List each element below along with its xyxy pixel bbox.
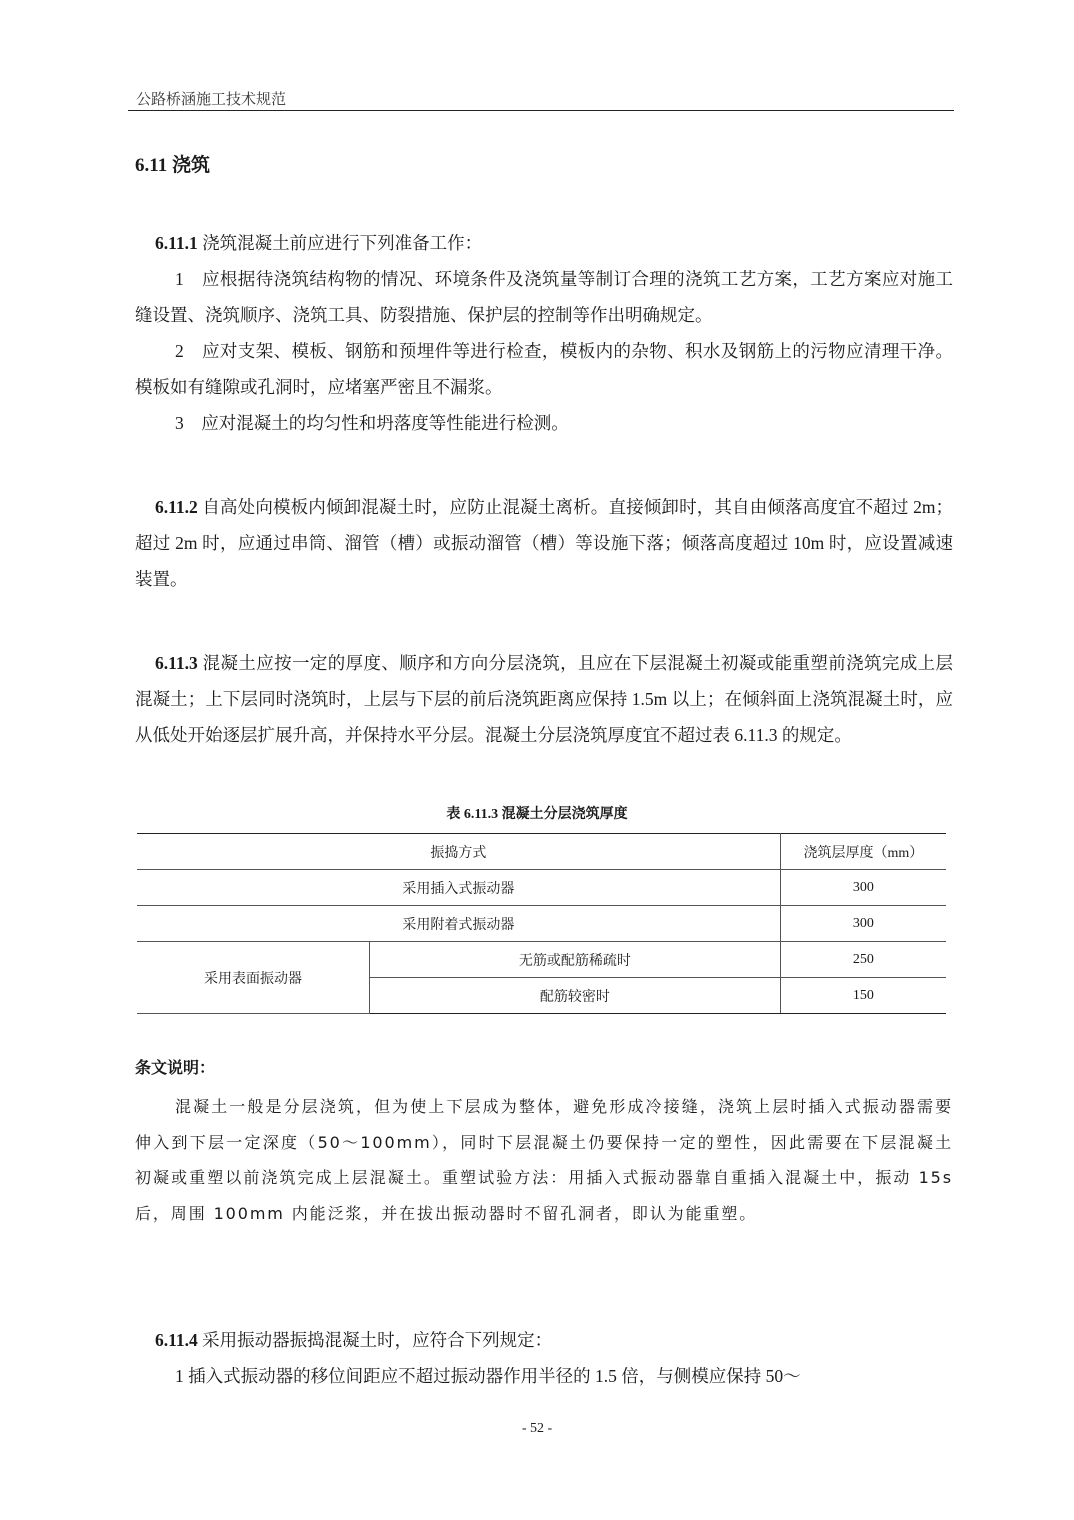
clause-6-11-1: 6.11.1 浇筑混凝土前应进行下列准备工作： 1 应根据待浇筑结构物的情况、环… xyxy=(135,225,953,441)
clause-item: 3 应对混凝土的均匀性和坍落度等性能进行检测。 xyxy=(135,405,953,441)
clause-number: 6.11.3 xyxy=(155,653,198,673)
table-cell-condition: 配筋较密时 xyxy=(370,978,781,1014)
running-header: 公路桥涵施工技术规范 xyxy=(136,88,286,109)
clause-number: 6.11.4 xyxy=(155,1330,198,1350)
commentary-title: 条文说明： xyxy=(135,1055,215,1078)
table-cell-thickness: 300 xyxy=(780,906,946,942)
table-cell-method: 采用插入式振动器 xyxy=(137,870,780,906)
clause-number: 6.11.1 xyxy=(155,233,198,253)
clause-6-11-2: 6.11.2 自高处向模板内倾卸混凝土时，应防止混凝土离析。直接倾卸时，其自由倾… xyxy=(135,489,953,597)
clause-lead: 浇筑混凝土前应进行下列准备工作： xyxy=(202,233,482,253)
clause-lead: 采用振动器振捣混凝土时，应符合下列规定： xyxy=(202,1330,552,1350)
table-cell-thickness: 300 xyxy=(780,870,946,906)
clause-text: 混凝土应按一定的厚度、顺序和方向分层浇筑，且应在下层混凝土初凝或能重塑前浇筑完成… xyxy=(135,653,953,745)
table-cell-thickness: 250 xyxy=(780,942,946,978)
page-number: - 52 - xyxy=(0,1421,1074,1437)
table-row: 采用附着式振动器 300 xyxy=(137,906,946,942)
clause-text: 自高处向模板内倾卸混凝土时，应防止混凝土离析。直接倾卸时，其自由倾落高度宜不超过… xyxy=(135,497,953,589)
table-header-thickness: 浇筑层厚度（mm） xyxy=(780,834,946,870)
clause-number: 6.11.2 xyxy=(155,497,198,517)
table-cell-method: 采用表面振动器 xyxy=(137,942,370,1014)
table-cell-thickness: 150 xyxy=(780,978,946,1014)
clause-item: 1 插入式振动器的移位间距应不超过振动器作用半径的 1.5 倍，与侧模应保持 5… xyxy=(135,1358,953,1394)
table-cell-method: 采用附着式振动器 xyxy=(137,906,780,942)
clause-item: 1 应根据待浇筑结构物的情况、环境条件及浇筑量等制订合理的浇筑工艺方案，工艺方案… xyxy=(135,261,953,333)
clause-item: 2 应对支架、模板、钢筋和预埋件等进行检查，模板内的杂物、积水及钢筋上的污物应清… xyxy=(135,333,953,405)
clause-6-11-3: 6.11.3 混凝土应按一定的厚度、顺序和方向分层浇筑，且应在下层混凝土初凝或能… xyxy=(135,645,953,753)
header-rule xyxy=(128,110,954,111)
table-row: 采用插入式振动器 300 xyxy=(137,870,946,906)
table-caption: 表 6.11.3 混凝土分层浇筑厚度 xyxy=(0,803,1074,823)
table-header-row: 振捣方式 浇筑层厚度（mm） xyxy=(137,834,946,870)
section-title: 6.11 浇筑 xyxy=(135,150,210,177)
table-header-method: 振捣方式 xyxy=(137,834,780,870)
commentary-text: 混凝土一般是分层浇筑，但为使上下层成为整体，避免形成冷接缝，浇筑上层时插入式振动… xyxy=(135,1089,953,1231)
table-row: 采用表面振动器 无筋或配筋稀疏时 250 xyxy=(137,942,946,978)
commentary-body: 混凝土一般是分层浇筑，但为使上下层成为整体，避免形成冷接缝，浇筑上层时插入式振动… xyxy=(135,1089,953,1231)
clause-6-11-4: 6.11.4 采用振动器振捣混凝土时，应符合下列规定： 1 插入式振动器的移位间… xyxy=(135,1322,953,1394)
table-cell-condition: 无筋或配筋稀疏时 xyxy=(370,942,781,978)
thickness-table: 振捣方式 浇筑层厚度（mm） 采用插入式振动器 300 采用附着式振动器 300… xyxy=(137,833,946,1014)
